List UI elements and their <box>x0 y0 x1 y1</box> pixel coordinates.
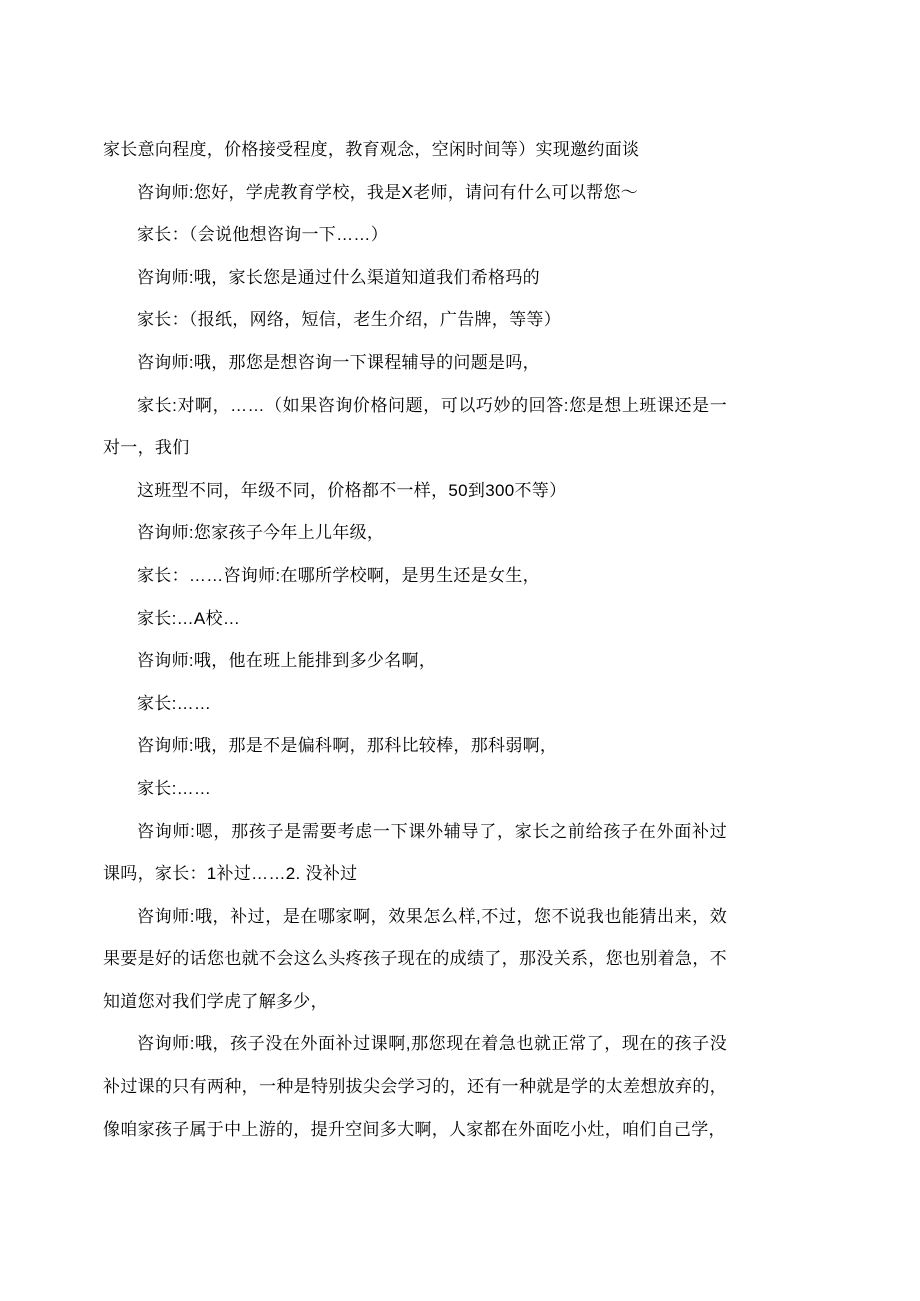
text-line: 家长:…… <box>103 683 727 726</box>
text-line: 家长：（会说他想咨询一下……） <box>103 214 727 257</box>
text-line: 家长：（报纸，网络，短信，老生介绍，广告牌，等等） <box>103 299 727 342</box>
text-line: 课吗，家长：1补过……2. 没补过 <box>103 853 727 896</box>
text-line: 咨询师:哦，补过，是在哪家啊，效果怎么样,不过，您不说我也能猜出来，效 <box>103 896 727 939</box>
text-line: 咨询师:您家孩子今年上儿年级， <box>103 512 727 555</box>
text-line: 知道您对我们学虎了解多少， <box>103 981 727 1024</box>
text-line: 咨询师:嗯，那孩子是需要考虑一下课外辅导了，家长之前给孩子在外面补过 <box>103 811 727 854</box>
document-page: 家长意向程度，价格接受程度，教育观念，空闲时间等）实现邀约面谈咨询师:您好，学虎… <box>0 0 920 1301</box>
text-line: 家长:对啊，……（如果咨询价格问题，可以巧妙的回答:您是想上班课还是一 <box>103 385 727 428</box>
text-line: 对一，我们 <box>103 427 727 470</box>
document-body: 家长意向程度，价格接受程度，教育观念，空闲时间等）实现邀约面谈咨询师:您好，学虎… <box>103 129 727 1151</box>
text-line: 家长意向程度，价格接受程度，教育观念，空闲时间等）实现邀约面谈 <box>103 129 727 172</box>
text-line: 这班型不同，年级不同，价格都不一样，50到300不等） <box>103 470 727 513</box>
text-line: 家长：……咨询师:在哪所学校啊，是男生还是女生， <box>103 555 727 598</box>
text-line: 像咱家孩子属于中上游的，提升空间多大啊，人家都在外面吃小灶，咱们自己学， <box>103 1109 727 1152</box>
text-line: 咨询师:哦，家长您是通过什么渠道知道我们希格玛的 <box>103 257 727 300</box>
text-line: 家长:…A校… <box>103 598 727 641</box>
text-line: 家长:…… <box>103 768 727 811</box>
text-line: 咨询师:哦，他在班上能排到多少名啊， <box>103 640 727 683</box>
text-line: 咨询师:您好，学虎教育学校，我是X老师，请问有什么可以帮您～ <box>103 172 727 215</box>
text-line: 补过课的只有两种，一种是特别拔尖会学习的，还有一种就是学的太差想放弃的， <box>103 1066 727 1109</box>
text-line: 咨询师:哦，孩子没在外面补过课啊,那您现在着急也就正常了，现在的孩子没 <box>103 1023 727 1066</box>
text-line: 咨询师:哦，那您是想咨询一下课程辅导的问题是吗， <box>103 342 727 385</box>
text-line: 咨询师:哦，那是不是偏科啊，那科比较棒，那科弱啊， <box>103 725 727 768</box>
text-line: 果要是好的话您也就不会这么头疼孩子现在的成绩了，那没关系，您也别着急，不 <box>103 938 727 981</box>
